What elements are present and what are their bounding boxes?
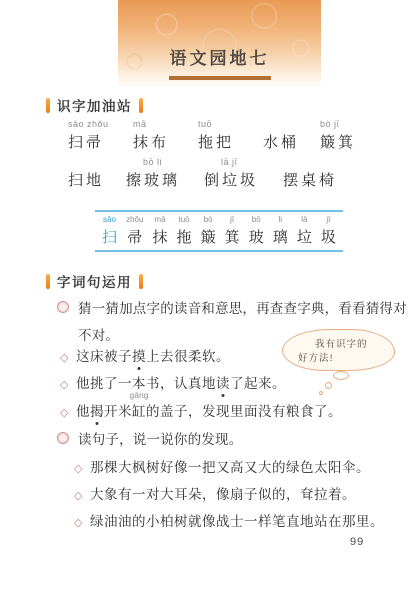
sentence-item: ◇这床被子摸上去很柔软。	[60, 345, 230, 365]
strip-cell: sǎo 扫	[102, 215, 117, 247]
bubble-tail-small	[319, 391, 323, 395]
vocab-item: tuō 拖把	[198, 119, 234, 152]
sentence-item: ◇那棵大枫树好像一把又高又大的绿色太阳伞。	[74, 456, 370, 476]
vocab-pinyin	[68, 157, 104, 169]
vocab-item: 扫地	[68, 157, 104, 190]
strip-pinyin: jī	[225, 215, 240, 225]
strip-pinyin: zhǒu	[126, 215, 143, 225]
ruby-char: 缸	[132, 404, 146, 419]
sentence-text: 绿油油的小柏树就像战士一样笔直地站在那里。	[90, 514, 384, 529]
chapter-title-underline	[169, 76, 271, 80]
strip-char: 玻	[249, 226, 264, 247]
strip-cell: jī 箕	[225, 215, 240, 247]
pinyin-character-strip: sǎo 扫 zhǒu 帚 mā 抹 tuō 拖 bò 簸 jī 箕 bō 玻 l…	[95, 210, 343, 252]
diamond-icon: ◇	[74, 516, 83, 529]
diamond-icon: ◇	[60, 406, 69, 419]
diamond-icon: ◇	[60, 378, 69, 391]
sentence-text: 他	[76, 404, 90, 419]
section-title: 字词句运用	[57, 271, 132, 291]
vocab-item: 水桶	[263, 119, 299, 152]
strip-char: 垃	[297, 226, 312, 247]
vocab-item: sào zhǒu 扫帚	[68, 119, 109, 152]
sentence-item: ◇绿油油的小柏树就像战士一样笔直地站在那里。	[74, 510, 384, 530]
sentence-item: ◇大象有一对大耳朵，像扇子似的，耷拉着。	[74, 483, 356, 503]
section-header-literacy: 识字加油站	[46, 95, 143, 115]
vocab-pinyin: bō li	[126, 157, 180, 169]
strip-cell: bō 玻	[249, 215, 264, 247]
section-title: 识字加油站	[57, 95, 132, 115]
vocab-word: 擦玻璃	[126, 169, 180, 190]
vocab-pinyin: sào zhǒu	[68, 119, 109, 131]
bubble-text-line2: 好方法!	[298, 350, 334, 364]
vocab-word: 倒垃圾	[204, 169, 258, 190]
vocab-word: 摆桌椅	[283, 169, 337, 190]
strip-char: 璃	[273, 226, 288, 247]
vocab-word: 扫地	[68, 169, 104, 190]
vocab-item: 摆桌椅	[283, 157, 337, 190]
dotted-char: 揭	[90, 400, 104, 420]
ruby-char-wrap: gāng缸	[132, 400, 146, 420]
sentence-item: ◇他挑了一本书，认真地读了起来。	[60, 372, 286, 392]
sentence-text: 了起来。	[230, 376, 286, 391]
vocab-pinyin: tuō	[198, 119, 234, 131]
strip-pinyin: li	[273, 215, 288, 225]
ruby-pinyin: gāng	[130, 390, 149, 400]
strip-pinyin: jī	[321, 215, 336, 225]
vocab-pinyin: mā	[133, 119, 169, 131]
exercise-bullet-icon	[57, 301, 69, 313]
strip-cell: li 璃	[273, 215, 288, 247]
vocab-pinyin: lā jī	[204, 157, 258, 169]
sentence-text: 大象有一对大耳朵，像扇子似的，耷拉着。	[90, 487, 356, 502]
vocab-item: bō li 擦玻璃	[126, 157, 180, 190]
thought-bubble: 我有识字的 好方法!	[282, 329, 395, 371]
vocab-word: 拖把	[198, 131, 234, 152]
bubble-text-line1: 我有识字的	[315, 336, 368, 350]
diamond-icon: ◇	[60, 351, 69, 364]
vocab-word: 簸箕	[320, 131, 356, 152]
strip-char: 扫	[102, 226, 117, 247]
dotted-char: 读	[216, 372, 230, 392]
vocab-word: 抹布	[133, 131, 169, 152]
strip-cell: lā 垃	[297, 215, 312, 247]
section-header-words-sentences: 字词句运用	[46, 271, 143, 291]
strip-cell: zhǒu 帚	[126, 215, 143, 247]
vocab-word: 水桶	[263, 131, 299, 152]
strip-pinyin: bò	[201, 215, 216, 225]
strip-pinyin: bō	[249, 215, 264, 225]
strip-char: 箕	[225, 226, 240, 247]
strip-char: 抹	[152, 226, 167, 247]
strip-pinyin: mā	[152, 215, 167, 225]
vocab-pinyin	[263, 119, 299, 131]
exercise-bullet-icon	[57, 432, 69, 444]
strip-char: 圾	[321, 226, 336, 247]
section-bar-icon	[139, 98, 143, 113]
strip-pinyin: tuō	[177, 215, 192, 225]
strip-cell: mā 抹	[152, 215, 167, 247]
sentence-text: 的盖子，发现里面没有粮食了。	[146, 404, 342, 419]
diamond-icon: ◇	[74, 489, 83, 502]
strip-char: 拖	[177, 226, 192, 247]
sentence-text: 那棵大枫树好像一把又高又大的绿色太阳伞。	[90, 460, 370, 475]
section-bar-icon	[46, 98, 50, 113]
sentence-text: 上去很柔软。	[146, 349, 230, 364]
sentence-text: 开米	[104, 404, 132, 419]
bubble-tail-medium	[325, 382, 332, 389]
sentence-item: ◇他揭开米gāng缸的盖子，发现里面没有粮食了。	[60, 400, 342, 420]
strip-char: 簸	[201, 226, 216, 247]
vocab-item: bò jī 簸箕	[320, 119, 356, 152]
vocab-pinyin	[283, 157, 337, 169]
vocab-item: lā jī 倒垃圾	[204, 157, 258, 190]
strip-char: 帚	[126, 226, 143, 247]
dotted-char: 摸	[132, 345, 146, 365]
section-bar-icon	[46, 274, 50, 289]
textbook-page: 语文园地七 识字加油站 sào zhǒu 扫帚 mā 抹布 tuō 拖把 水桶 …	[0, 0, 415, 592]
sentence-text: 这床被子	[76, 349, 132, 364]
strip-pinyin: sǎo	[102, 215, 117, 225]
vocab-pinyin: bò jī	[320, 119, 356, 131]
strip-pinyin: lā	[297, 215, 312, 225]
page-number: 99	[350, 536, 364, 548]
section-bar-icon	[139, 274, 143, 289]
chapter-title: 语文园地七	[118, 44, 321, 69]
diamond-icon: ◇	[74, 462, 83, 475]
chapter-banner: 语文园地七	[118, 0, 321, 88]
exercise2-prompt: 读句子，说一说你的发现。	[78, 426, 242, 453]
sentence-text: 他挑了一本书，认真地	[76, 376, 216, 391]
bubble-tail-large	[333, 371, 349, 380]
strip-cell: tuō 拖	[177, 215, 192, 247]
strip-cell: jī 圾	[321, 215, 336, 247]
vocab-word: 扫帚	[68, 131, 109, 152]
strip-cell: bò 簸	[201, 215, 216, 247]
vocab-item: mā 抹布	[133, 119, 169, 152]
